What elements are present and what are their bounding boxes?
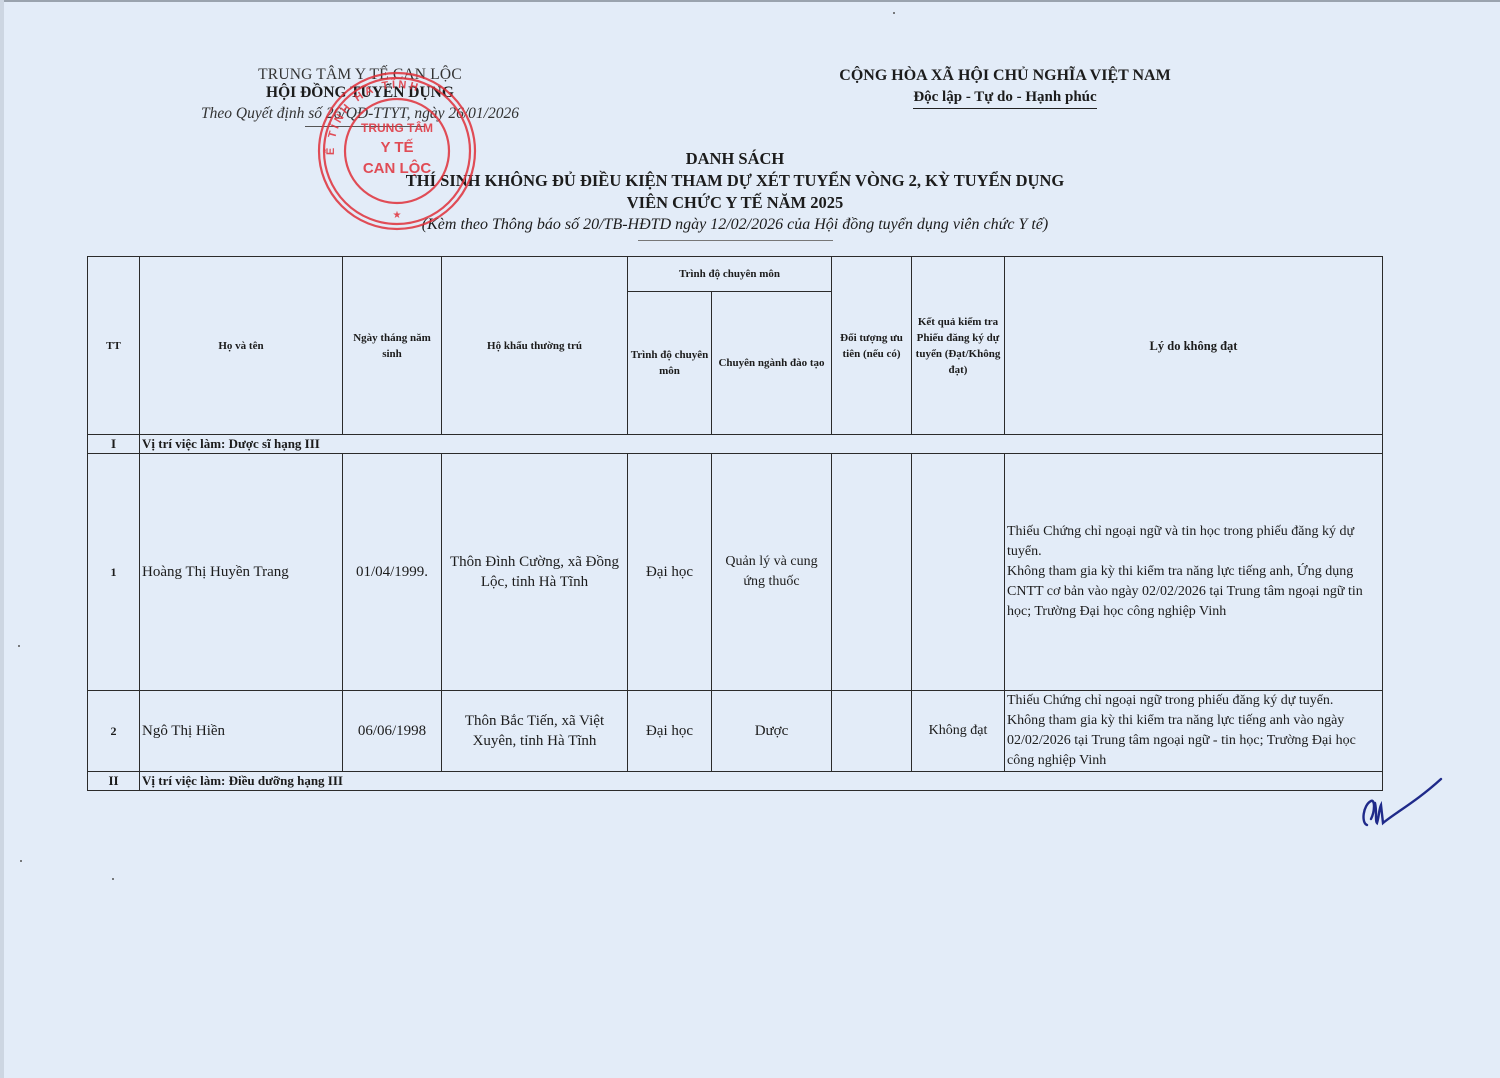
row-reason: Thiếu Chứng chỉ ngoại ngữ và tin học tro… (1005, 454, 1383, 691)
row-check-result (912, 454, 1005, 691)
table-row: 2 Ngô Thị Hiền 06/06/1998 Thôn Bắc Tiến,… (88, 691, 1383, 772)
col-header-qualification-group: Trình độ chuyên môn (628, 257, 832, 292)
scan-speck (20, 860, 22, 862)
col-header-check-result: Kết quả kiểm tra Phiếu đăng ký dự tuyển … (912, 257, 1005, 435)
row-tt: 1 (88, 454, 140, 691)
reason-line: Thiếu Chứng chỉ ngoại ngữ trong phiếu đă… (1007, 691, 1380, 711)
scan-top-edge (0, 0, 1500, 2)
row-dob: 01/04/1999. (343, 454, 442, 691)
handwritten-signature-icon (1355, 765, 1455, 835)
row-priority (832, 454, 912, 691)
section-label: Vị trí việc làm: Điều dưỡng hạng III (140, 772, 1383, 791)
reason-line: Không tham gia kỳ thi kiểm tra năng lực … (1007, 711, 1380, 771)
row-residence: Thôn Đình Cường, xã Đồng Lộc, tỉnh Hà Tĩ… (442, 454, 628, 691)
row-qualification-level: Đại học (628, 454, 712, 691)
section-row-1: I Vị trí việc làm: Dược sĩ hạng III (88, 435, 1383, 454)
scan-speck (893, 12, 895, 14)
header-rule (305, 126, 425, 127)
reason-line: Không tham gia kỳ thi kiểm tra năng lực … (1007, 562, 1380, 622)
candidates-table: TT Họ và tên Ngày tháng năm sinh Hộ khẩu… (87, 256, 1383, 791)
section-label: Vị trí việc làm: Dược sĩ hạng III (140, 435, 1383, 454)
row-dob: 06/06/1998 (343, 691, 442, 772)
national-header: CỘNG HÒA XÃ HỘI CHỦ NGHĨA VIỆT NAM Độc l… (800, 66, 1210, 109)
scan-speck (112, 878, 114, 880)
organization-name: TRUNG TÂM Y TẾ CAN LỘC (175, 66, 545, 84)
col-header-tt: TT (88, 257, 140, 435)
col-header-residence: Hộ khẩu thường trú (442, 257, 628, 435)
title-rule (638, 240, 833, 241)
table-row: 1 Hoàng Thị Huyền Trang 01/04/1999. Thôn… (88, 454, 1383, 691)
row-tt: 2 (88, 691, 140, 772)
decision-reference: Theo Quyết định số 26/QĐ-TTYT, ngày 26/0… (175, 102, 545, 126)
col-header-major: Chuyên ngành đào tạo (712, 292, 832, 435)
section-row-2: II Vị trí việc làm: Điều dưỡng hạng III (88, 772, 1383, 791)
row-major: Quản lý và cung ứng thuốc (712, 454, 832, 691)
scan-speck (18, 645, 20, 647)
row-qualification-level: Đại học (628, 691, 712, 772)
reason-line: Thiếu Chứng chỉ ngoại ngữ và tin học tro… (1007, 522, 1380, 562)
col-header-qualification-level: Trình độ chuyên môn (628, 292, 712, 435)
council-name: HỘI ĐỒNG TUYỂN DỤNG (175, 84, 545, 102)
row-reason: Thiếu Chứng chỉ ngoại ngữ trong phiếu đă… (1005, 691, 1383, 772)
title-attachment-note: (Kèm theo Thông báo số 20/TB-HĐTD ngày 1… (370, 214, 1100, 236)
row-check-result: Không đạt (912, 691, 1005, 772)
col-header-name: Họ và tên (140, 257, 343, 435)
title-line-1: DANH SÁCH (370, 148, 1100, 170)
nation-name: CỘNG HÒA XÃ HỘI CHỦ NGHĨA VIỆT NAM (800, 66, 1210, 86)
section-index: I (88, 435, 140, 454)
document-title: DANH SÁCH THÍ SINH KHÔNG ĐỦ ĐIỀU KIỆN TH… (370, 148, 1100, 241)
issuer-header: TRUNG TÂM Y TẾ CAN LỘC HỘI ĐỒNG TUYỂN DỤ… (175, 66, 545, 127)
row-major: Dược (712, 691, 832, 772)
row-name: Ngô Thị Hiền (140, 691, 343, 772)
title-line-3: VIÊN CHỨC Y TẾ NĂM 2025 (370, 192, 1100, 214)
col-header-priority: Đối tượng ưu tiên (nếu có) (832, 257, 912, 435)
col-header-dob: Ngày tháng năm sinh (343, 257, 442, 435)
col-header-reason: Lý do không đạt (1005, 257, 1383, 435)
row-priority (832, 691, 912, 772)
scan-left-edge (0, 0, 4, 1078)
title-line-2: THÍ SINH KHÔNG ĐỦ ĐIỀU KIỆN THAM DỰ XÉT … (370, 170, 1100, 192)
section-index: II (88, 772, 140, 791)
row-name: Hoàng Thị Huyền Trang (140, 454, 343, 691)
national-motto: Độc lập - Tự do - Hạnh phúc (913, 86, 1096, 109)
row-residence: Thôn Bắc Tiến, xã Việt Xuyên, tỉnh Hà Tĩ… (442, 691, 628, 772)
